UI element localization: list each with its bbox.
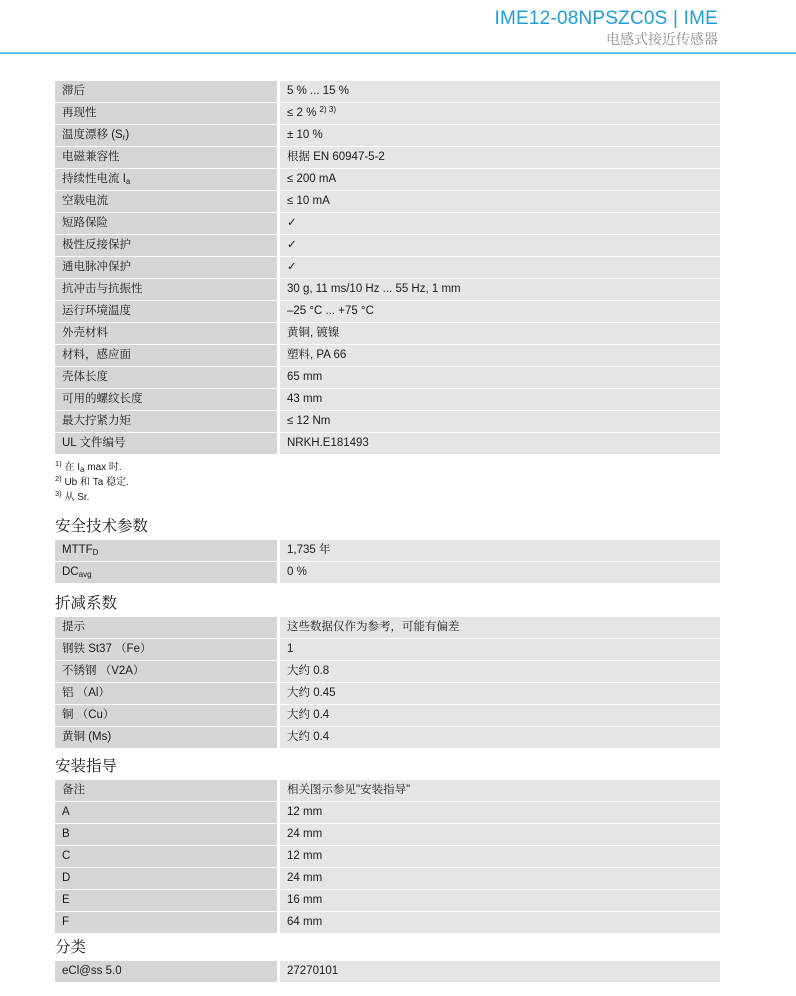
table-row: UL 文件编号NRKH.E181493 <box>55 433 720 454</box>
page-header: IME12-08NPSZC0S | IME 电感式接近传感器 <box>0 0 796 48</box>
row-value: –25 °C ... +75 °C <box>280 301 720 322</box>
row-value: 16 mm <box>280 890 720 911</box>
row-label: 铜 （Cu） <box>55 705 277 726</box>
row-value: 30 g, 11 ms/10 Hz ... 55 Hz, 1 mm <box>280 279 720 300</box>
product-subtitle: 电感式接近传感器 <box>0 30 718 48</box>
row-value: 这些数据仅作为参考，可能有偏差 <box>280 617 720 638</box>
row-label: 滞后 <box>55 81 277 102</box>
row-value: ≤ 10 mA <box>280 191 720 212</box>
row-value: 12 mm <box>280 802 720 823</box>
row-label: 极性反接保护 <box>55 235 277 256</box>
classification-table: eCl@ss 5.027270101 <box>55 961 720 982</box>
table-row: eCl@ss 5.027270101 <box>55 961 720 982</box>
table-row: 最大拧紧力矩≤ 12 Nm <box>55 411 720 432</box>
table-row: 温度漂移 (Sr)± 10 % <box>55 125 720 146</box>
derating-table: 提示这些数据仅作为参考，可能有偏差钢铁 St37 （Fe）1不锈钢 （V2A）大… <box>55 617 720 748</box>
section-heading-derating: 折减系数 <box>55 595 720 613</box>
row-value: 根据 EN 60947-5-2 <box>280 147 720 168</box>
row-label: UL 文件编号 <box>55 433 277 454</box>
table-row: 钢铁 St37 （Fe）1 <box>55 639 720 660</box>
table-row: 电磁兼容性根据 EN 60947-5-2 <box>55 147 720 168</box>
table-row: D24 mm <box>55 868 720 889</box>
table-row: 可用的螺纹长度43 mm <box>55 389 720 410</box>
row-label: MTTFD <box>55 540 277 561</box>
section-heading-safety: 安全技术参数 <box>55 518 720 536</box>
table-row: 外壳材料黄铜, 镀镍 <box>55 323 720 344</box>
table-row: B24 mm <box>55 824 720 845</box>
row-value: NRKH.E181493 <box>280 433 720 454</box>
table-row: 备注相关图示参见"安装指导" <box>55 780 720 801</box>
row-value: 相关图示参见"安装指导" <box>280 780 720 801</box>
row-label: DCavg <box>55 562 277 583</box>
row-value: ✓ <box>280 213 720 234</box>
row-value: 1 <box>280 639 720 660</box>
row-value: 65 mm <box>280 367 720 388</box>
table-row: 短路保险✓ <box>55 213 720 234</box>
row-label: 抗冲击与抗振性 <box>55 279 277 300</box>
row-label: 备注 <box>55 780 277 801</box>
row-label: 材料，感应面 <box>55 345 277 366</box>
row-value: 大约 0.8 <box>280 661 720 682</box>
row-value: 大约 0.4 <box>280 705 720 726</box>
footnote-marker: 3) <box>55 489 62 498</box>
row-value: 64 mm <box>280 912 720 933</box>
table-row: 不锈钢 （V2A）大约 0.8 <box>55 661 720 682</box>
row-label: 壳体长度 <box>55 367 277 388</box>
row-value: ≤ 12 Nm <box>280 411 720 432</box>
row-label: 通电脉冲保护 <box>55 257 277 278</box>
row-label: 运行环境温度 <box>55 301 277 322</box>
table-row: 铝 （Al）大约 0.45 <box>55 683 720 704</box>
footnote: 2) Ub 和 Ta 稳定. <box>55 475 720 490</box>
row-value: ≤ 200 mA <box>280 169 720 190</box>
row-label: B <box>55 824 277 845</box>
row-value: ✓ <box>280 257 720 278</box>
row-label: C <box>55 846 277 867</box>
footnote-marker: 1) <box>55 459 62 468</box>
row-value: 塑料, PA 66 <box>280 345 720 366</box>
table-row: 抗冲击与抗振性30 g, 11 ms/10 Hz ... 55 Hz, 1 mm <box>55 279 720 300</box>
row-label: D <box>55 868 277 889</box>
row-label: 可用的螺纹长度 <box>55 389 277 410</box>
table-row: F64 mm <box>55 912 720 933</box>
row-label: 提示 <box>55 617 277 638</box>
row-value: 大约 0.4 <box>280 727 720 748</box>
row-label: 持续性电流 Ia <box>55 169 277 190</box>
row-label: 温度漂移 (Sr) <box>55 125 277 146</box>
datasheet-page: IME12-08NPSZC0S | IME 电感式接近传感器 滞后5 % ...… <box>0 0 796 982</box>
row-label: A <box>55 802 277 823</box>
table-row: C12 mm <box>55 846 720 867</box>
row-value: 43 mm <box>280 389 720 410</box>
safety-table: MTTFD1,735 年DCavg0 % <box>55 540 720 583</box>
row-value: 27270101 <box>280 961 720 982</box>
header-divider <box>0 52 796 54</box>
row-label: 不锈钢 （V2A） <box>55 661 277 682</box>
row-value: ✓ <box>280 235 720 256</box>
row-label: 再现性 <box>55 103 277 124</box>
table-row: 通电脉冲保护✓ <box>55 257 720 278</box>
row-label: 黄铜 (Ms) <box>55 727 277 748</box>
table-row: 极性反接保护✓ <box>55 235 720 256</box>
footnote: 3) 从 Sr. <box>55 490 720 505</box>
footnote: 1) 在 Ia max 时. <box>55 460 720 475</box>
row-value: 大约 0.45 <box>280 683 720 704</box>
row-value: 24 mm <box>280 868 720 889</box>
row-value: 24 mm <box>280 824 720 845</box>
table-row: 运行环境温度–25 °C ... +75 °C <box>55 301 720 322</box>
table-row: 空载电流≤ 10 mA <box>55 191 720 212</box>
row-label: E <box>55 890 277 911</box>
row-value: ± 10 % <box>280 125 720 146</box>
table-row: E16 mm <box>55 890 720 911</box>
table-row: MTTFD1,735 年 <box>55 540 720 561</box>
table-row: 铜 （Cu）大约 0.4 <box>55 705 720 726</box>
row-value: 12 mm <box>280 846 720 867</box>
table-row: 黄铜 (Ms)大约 0.4 <box>55 727 720 748</box>
row-value: 1,735 年 <box>280 540 720 561</box>
footnotes: 1) 在 Ia max 时.2) Ub 和 Ta 稳定.3) 从 Sr. <box>55 460 720 505</box>
row-value: 黄铜, 镀镍 <box>280 323 720 344</box>
row-label: 钢铁 St37 （Fe） <box>55 639 277 660</box>
row-label: eCl@ss 5.0 <box>55 961 277 982</box>
row-value: ≤ 2 % 2) 3) <box>280 103 720 124</box>
footnote-marker: 2) <box>55 474 62 483</box>
spec-table: 滞后5 % ... 15 %再现性≤ 2 % 2) 3)温度漂移 (Sr)± 1… <box>55 81 720 454</box>
row-label: 短路保险 <box>55 213 277 234</box>
row-label: 最大拧紧力矩 <box>55 411 277 432</box>
row-label: 空载电流 <box>55 191 277 212</box>
row-label: 铝 （Al） <box>55 683 277 704</box>
installation-table: 备注相关图示参见"安装指导"A12 mmB24 mmC12 mmD24 mmE1… <box>55 780 720 933</box>
row-value: 0 % <box>280 562 720 583</box>
table-row: DCavg0 % <box>55 562 720 583</box>
section-heading-classification: 分类 <box>55 939 720 957</box>
row-label: 外壳材料 <box>55 323 277 344</box>
section-heading-installation: 安装指导 <box>55 758 720 776</box>
table-row: 滞后5 % ... 15 % <box>55 81 720 102</box>
product-title: IME12-08NPSZC0S | IME <box>0 8 718 30</box>
table-row: 持续性电流 Ia≤ 200 mA <box>55 169 720 190</box>
table-row: 壳体长度65 mm <box>55 367 720 388</box>
row-label: 电磁兼容性 <box>55 147 277 168</box>
table-row: 材料，感应面塑料, PA 66 <box>55 345 720 366</box>
content: 滞后5 % ... 15 %再现性≤ 2 % 2) 3)温度漂移 (Sr)± 1… <box>55 81 720 982</box>
table-row: 再现性≤ 2 % 2) 3) <box>55 103 720 124</box>
table-row: A12 mm <box>55 802 720 823</box>
row-value: 5 % ... 15 % <box>280 81 720 102</box>
table-row: 提示这些数据仅作为参考，可能有偏差 <box>55 617 720 638</box>
row-label: F <box>55 912 277 933</box>
